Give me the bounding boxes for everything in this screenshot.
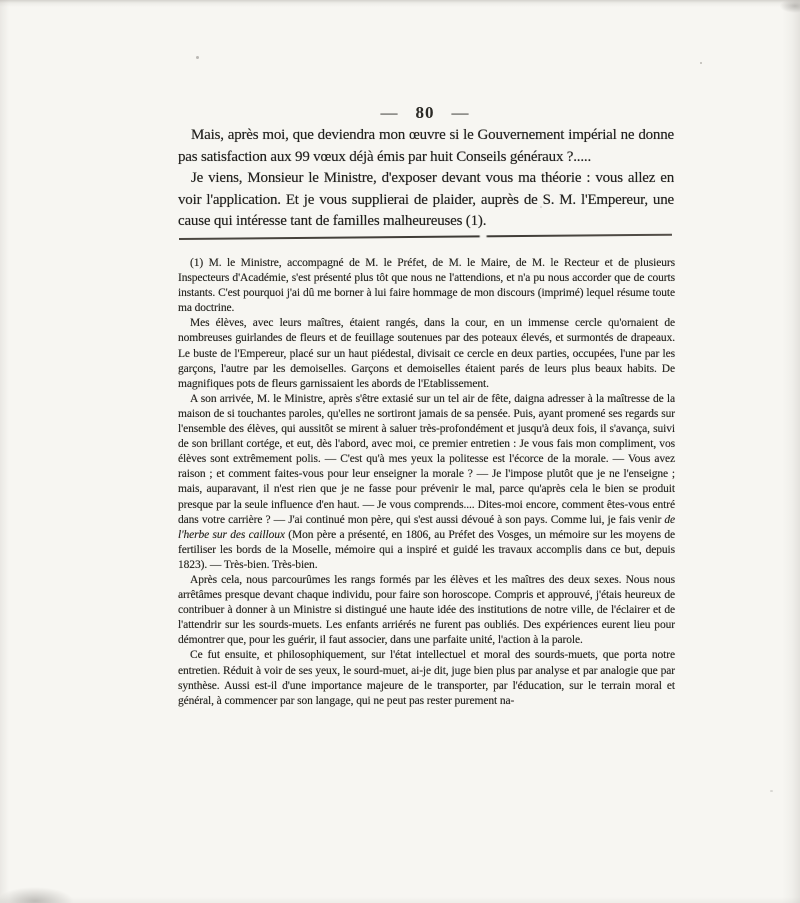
footnote-separator-rule (179, 234, 672, 240)
page-number: —80— (178, 103, 672, 123)
page-number-dash-left: — (381, 103, 399, 122)
text-segment: (1) M. le Ministre, accompagné de M. le … (178, 257, 675, 314)
page-number-value: 80 (416, 103, 435, 122)
text-segment: A son arrivée, M. le Ministre, après s'ê… (178, 393, 675, 526)
paragraph: Mais, après moi, que deviendra mon œuvre… (178, 125, 674, 168)
paragraph: (1) M. le Ministre, accompagné de M. le … (178, 256, 675, 316)
main-text: Mais, après moi, que deviendra mon œuvre… (178, 125, 674, 233)
footnote-text: (1) M. le Ministre, accompagné de M. le … (178, 256, 675, 709)
text-segment: Ce fut ensuite, et philosophiquement, su… (178, 649, 675, 706)
text-segment: Mais, après moi, que deviendra mon œuvre… (178, 127, 674, 165)
text-segment: Mes élèves, avec leurs maîtres, étaient … (178, 317, 675, 389)
paragraph: Après cela, nous parcourûmes les rangs f… (178, 573, 675, 648)
text-segment: Après cela, nous parcourûmes les rangs f… (178, 574, 675, 646)
scan-speck (700, 62, 702, 64)
paragraph: Ce fut ensuite, et philosophiquement, su… (178, 648, 675, 708)
scan-speck (196, 56, 199, 59)
paragraph: Mes élèves, avec leurs maîtres, étaient … (178, 316, 675, 391)
text-segment: Je viens, Monsieur le Ministre, d'expose… (178, 170, 674, 229)
paragraph: Je viens, Monsieur le Ministre, d'expose… (178, 168, 674, 233)
page-number-dash-right: — (452, 103, 470, 122)
paragraph: A son arrivée, M. le Ministre, après s'ê… (178, 392, 675, 573)
scan-speck (770, 790, 773, 792)
